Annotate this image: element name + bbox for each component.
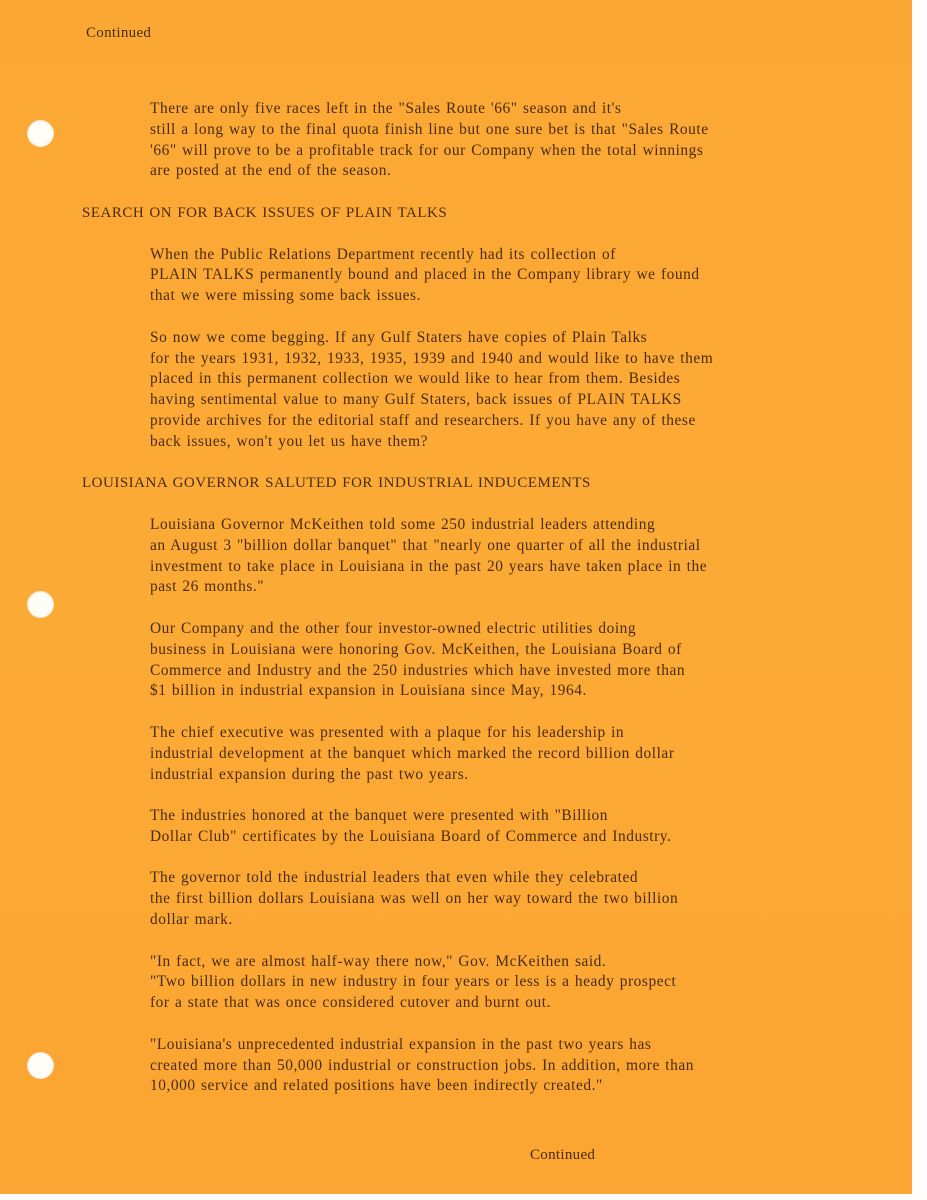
paragraph: The industries honored at the banquet we… — [82, 806, 842, 848]
text-line: Commerce and Industry and the 250 indust… — [82, 661, 842, 682]
punch-hole — [27, 591, 54, 618]
paragraph: Our Company and the other four investor-… — [82, 619, 842, 702]
text-line: industrial expansion during the past two… — [82, 765, 842, 786]
punch-hole — [27, 1052, 54, 1079]
paragraph: "In fact, we are almost half-way there n… — [82, 952, 842, 1014]
continued-header: Continued — [86, 25, 151, 42]
text-line: dollar mark. — [82, 910, 842, 931]
text-line: back issues, won't you let us have them? — [82, 432, 842, 453]
paragraph: The chief executive was presented with a… — [82, 723, 842, 785]
section-heading: LOUISIANA GOVERNOR SALUTED FOR INDUSTRIA… — [82, 473, 842, 494]
text-line: Dollar Club" certificates by the Louisia… — [82, 827, 842, 848]
paragraph: "Louisiana's unprecedented industrial ex… — [82, 1035, 842, 1097]
text-line: placed in this permanent collection we w… — [82, 369, 842, 390]
text-line: "Two billion dollars in new industry in … — [82, 972, 842, 993]
text-line: Louisiana Governor McKeithen told some 2… — [82, 515, 842, 536]
text-line: for the years 1931, 1932, 1933, 1935, 19… — [82, 349, 842, 370]
text-line: "In fact, we are almost half-way there n… — [82, 952, 842, 973]
text-line: investment to take place in Louisiana in… — [82, 557, 842, 578]
section-heading: SEARCH ON FOR BACK ISSUES OF PLAIN TALKS — [82, 203, 842, 224]
text-line: '66" will prove to be a profitable track… — [82, 141, 842, 162]
text-line: the first billion dollars Louisiana was … — [82, 889, 842, 910]
text-line: for a state that was once considered cut… — [82, 993, 842, 1014]
text-line: $1 billion in industrial expansion in Lo… — [82, 681, 842, 702]
document-page: Continued There are only five races left… — [0, 0, 912, 1194]
article-body: There are only five races left in the "S… — [82, 99, 842, 1118]
text-line: So now we come begging. If any Gulf Stat… — [82, 328, 842, 349]
paragraph: There are only five races left in the "S… — [82, 99, 842, 182]
scan-margin — [912, 0, 927, 1200]
text-line: past 26 months." — [82, 577, 842, 598]
text-line: Our Company and the other four investor-… — [82, 619, 842, 640]
text-line: created more than 50,000 industrial or c… — [82, 1056, 842, 1077]
text-line: PLAIN TALKS permanently bound and placed… — [82, 265, 842, 286]
text-line: The chief executive was presented with a… — [82, 723, 842, 744]
text-line: having sentimental value to many Gulf St… — [82, 390, 842, 411]
paragraph: Louisiana Governor McKeithen told some 2… — [82, 515, 842, 598]
text-line: The industries honored at the banquet we… — [82, 806, 842, 827]
text-line: that we were missing some back issues. — [82, 286, 842, 307]
text-line: There are only five races left in the "S… — [82, 99, 842, 120]
text-line: The governor told the industrial leaders… — [82, 868, 842, 889]
text-line: are posted at the end of the season. — [82, 161, 842, 182]
text-line: 10,000 service and related positions hav… — [82, 1076, 842, 1097]
paragraph: The governor told the industrial leaders… — [82, 868, 842, 930]
paragraph: When the Public Relations Department rec… — [82, 245, 842, 307]
text-line: When the Public Relations Department rec… — [82, 245, 842, 266]
text-line: an August 3 "billion dollar banquet" tha… — [82, 536, 842, 557]
text-line: provide archives for the editorial staff… — [82, 411, 842, 432]
punch-hole — [27, 120, 54, 147]
paragraph: So now we come begging. If any Gulf Stat… — [82, 328, 842, 453]
text-line: business in Louisiana were honoring Gov.… — [82, 640, 842, 661]
text-line: "Louisiana's unprecedented industrial ex… — [82, 1035, 842, 1056]
text-line: still a long way to the final quota fini… — [82, 120, 842, 141]
text-line: industrial development at the banquet wh… — [82, 744, 842, 765]
continued-footer: Continued — [530, 1147, 595, 1164]
